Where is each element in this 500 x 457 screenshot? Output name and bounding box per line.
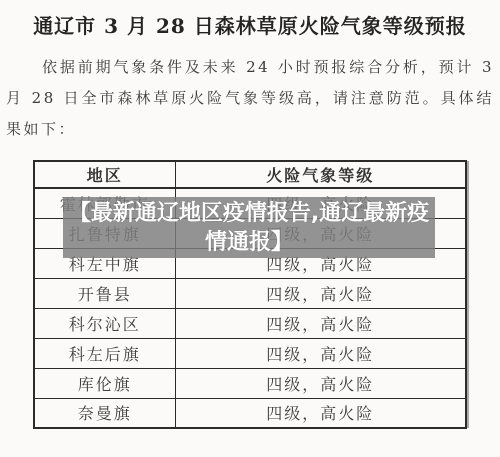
region-cell: 科尔沁区 xyxy=(34,308,175,338)
table-row: 库伦旗 四级，高火险 xyxy=(34,368,466,398)
level-cell: 四级，高火险 xyxy=(175,278,466,308)
table-header: 地区 火险气象等级 xyxy=(34,161,466,188)
header-row: 地区 火险气象等级 xyxy=(34,161,466,188)
region-cell: 库伦旗 xyxy=(34,368,175,398)
region-cell: 科左后旗 xyxy=(34,338,175,368)
region-cell: 开鲁县 xyxy=(34,278,175,308)
overlay-line-2: 情通报】 xyxy=(63,228,435,257)
region-cell: 奈曼旗 xyxy=(34,398,175,428)
col-header-level: 火险气象等级 xyxy=(175,161,466,188)
level-cell: 四级，高火险 xyxy=(175,338,466,368)
page-title: 通辽市 3 月 28 日森林草原火险气象等级预报 xyxy=(0,10,500,39)
table-row: 科左后旗 四级，高火险 xyxy=(34,338,466,368)
table-row: 奈曼旗 四级，高火险 xyxy=(34,398,466,428)
table-row: 开鲁县 四级，高火险 xyxy=(34,278,466,308)
col-header-region: 地区 xyxy=(34,161,175,188)
table-row: 科尔沁区 四级，高火险 xyxy=(34,308,466,338)
level-cell: 四级，高火险 xyxy=(175,308,466,338)
intro-paragraph: 依据前期气象条件及未来 24 小时预报综合分析，预计 3 月 28 日全市森林草… xyxy=(6,52,494,145)
overlay-banner[interactable]: 【最新通辽地区疫情报告,通辽最新疫 情通报】 xyxy=(63,197,435,258)
level-cell: 四级，高火险 xyxy=(175,398,466,428)
level-cell: 四级，高火险 xyxy=(175,368,466,398)
overlay-line-1: 【最新通辽地区疫情报告,通辽最新疫 xyxy=(63,199,435,228)
